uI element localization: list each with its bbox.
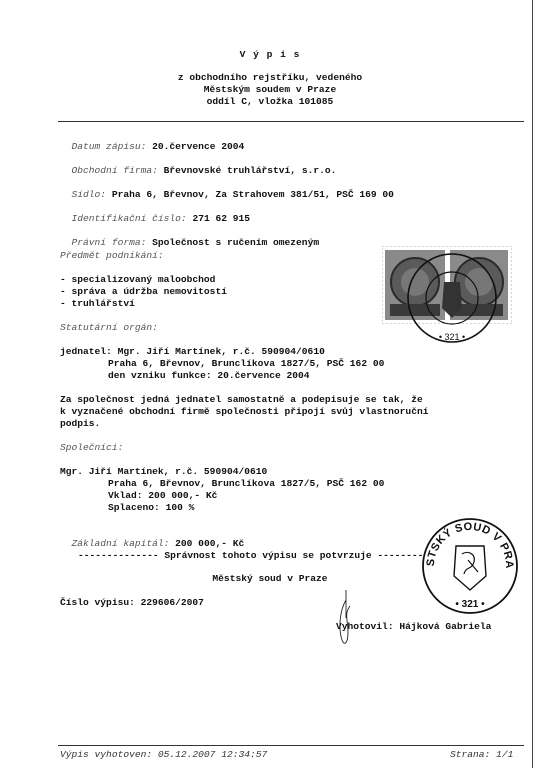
field-value: Praha 6, Břevnov, Za Strahovem 381/51, P…: [112, 189, 394, 200]
field-ico: Identifikační číslo: 271 62 915: [60, 201, 250, 225]
field-label: Sídlo:: [72, 189, 107, 200]
jednani-text-2: k vyznačené obchodní firmě společnosti p…: [60, 406, 428, 418]
field-value: Břevnovské truhlářství, s.r.o.: [164, 165, 337, 176]
predmet-item: - truhlářství: [60, 298, 135, 310]
field-value: Společnost s ručením omezeným: [152, 237, 319, 248]
svg-text:• 321 •: • 321 •: [455, 599, 485, 610]
svg-text:• 321 •: • 321 •: [439, 332, 465, 342]
signature-mark: [330, 588, 360, 648]
field-datum-zapisu: Datum zápisu: 20.července 2004: [60, 129, 244, 153]
spolecnik-name: Mgr. Jiří Martínek, r.č. 590904/0610: [60, 466, 267, 478]
court-seal-upper-icon: • 321 •: [402, 252, 502, 352]
header-line-2: Městským soudem v Praze: [0, 84, 540, 96]
footer-divider: [58, 745, 524, 746]
certification-line: -------------- Správnost tohoto výpisu s…: [78, 550, 458, 562]
jednani-text-3: podpis.: [60, 418, 100, 430]
jednatel-address: Praha 6, Břevnov, Brunclíkova 1827/5, PS…: [108, 358, 384, 370]
field-label: Identifikační číslo:: [72, 213, 187, 224]
footer-generated: Výpis vyhotoven: 05.12.2007 12:34:57: [60, 749, 267, 761]
field-value: 271 62 915: [192, 213, 250, 224]
predmet-item: - správa a údržba nemovitostí: [60, 286, 227, 298]
header-line-1: z obchodního rejstříku, vedeného: [0, 72, 540, 84]
spolecnik-vklad: Vklad: 200 000,- Kč: [108, 490, 217, 502]
footer-page: Strana: 1/1: [450, 749, 513, 761]
field-value: 200 000,- Kč: [175, 538, 244, 549]
cislo-vypisu: Číslo výpisu: 229606/2007: [60, 597, 204, 609]
field-sidlo: Sídlo: Praha 6, Břevnov, Za Strahovem 38…: [60, 177, 394, 201]
field-label: Základní kapitál:: [72, 538, 170, 549]
spolecnik-address: Praha 6, Břevnov, Brunclíkova 1827/5, PS…: [108, 478, 384, 490]
predmet-label: Předmět podnikání:: [60, 250, 164, 262]
predmet-item: - specializovaný maloobchod: [60, 274, 215, 286]
field-label: Datum zápisu:: [72, 141, 147, 152]
spolecnici-label: Společníci:: [60, 442, 123, 454]
field-obchodni-firma: Obchodní firma: Břevnovské truhlářství, …: [60, 153, 336, 177]
page-edge-line: [532, 0, 533, 768]
jednatel-line: jednatel: Mgr. Jiří Martínek, r.č. 59090…: [60, 346, 325, 358]
field-zakladni-kapital: Základní kapitál: 200 000,- Kč: [60, 526, 244, 550]
header-divider: [58, 121, 524, 122]
field-value: 20.července 2004: [152, 141, 244, 152]
field-label: Právní forma:: [72, 237, 147, 248]
court-seal-icon: MĚSTSKÝ SOUD V PRAZE • 321 •: [420, 516, 520, 616]
jednatel-vznik: den vzniku funkce: 20.července 2004: [108, 370, 310, 382]
statutarni-label: Statutární orgán:: [60, 322, 158, 334]
field-pravni-forma: Právní forma: Společnost s ručením omeze…: [60, 225, 319, 249]
jednani-text-1: Za společnost jedná jednatel samostatně …: [60, 394, 423, 406]
document-title: V ý p i s: [0, 49, 540, 61]
header-line-3: oddíl C, vložka 101085: [0, 96, 540, 108]
field-label: Obchodní firma:: [72, 165, 158, 176]
spolecnik-splaceno: Splaceno: 100 %: [108, 502, 194, 514]
